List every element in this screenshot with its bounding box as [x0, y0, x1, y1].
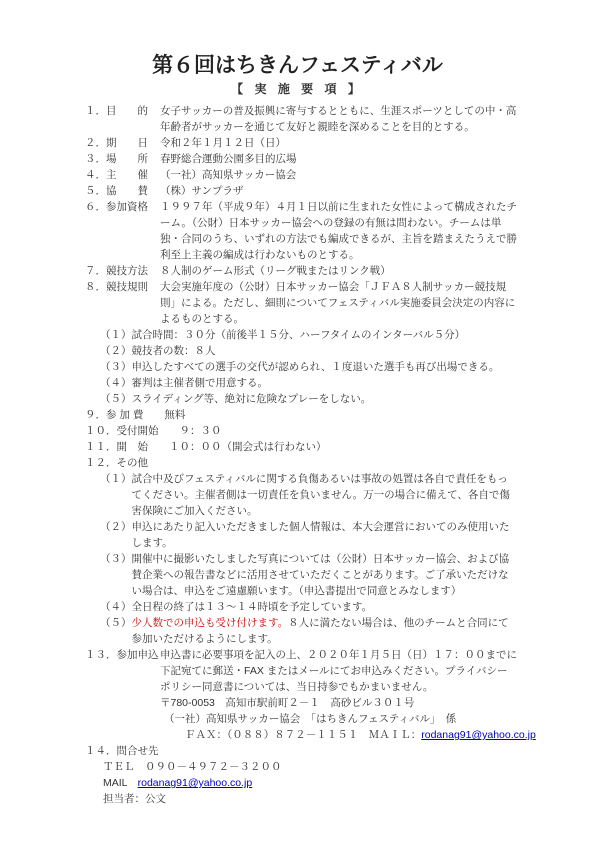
- item-purpose-label: １．目 的: [85, 103, 160, 135]
- item-sponsor-label: ５．協 賛: [85, 183, 160, 199]
- rule-item-5-num: （５）: [100, 391, 132, 407]
- item-place: ３．場 所 春野総合運動公園多目的広場: [85, 151, 517, 167]
- others-point-5-text: 少人数での申込も受け付けます。８人に満たない場合は、他のチームと合同にて参加いた…: [132, 615, 516, 647]
- rule-item-4-num: （４）: [100, 375, 132, 391]
- apply-org-line: （一社）高知県サッカー協会 「はちきんフェスティバル」 係: [164, 711, 595, 727]
- item-organizer: ４．主 催 （一社）高知県サッカー協会: [85, 167, 517, 183]
- item-eligibility-text: １９９７年（平成９年）４月１日以前に生まれた女性によって構成されたチーム。（公財…: [160, 199, 517, 263]
- item-eligibility: ６．参加資格 １９９７年（平成９年）４月１日以前に生まれた女性によって構成された…: [85, 199, 517, 263]
- contact-email-link[interactable]: rodanag91@yahoo.co.jp: [138, 777, 253, 789]
- item-purpose: １．目 的 女子サッカーの普及振興に寄与するとともに、生涯スポーツとしての中・高…: [85, 103, 517, 135]
- rule-item-5-text: スライディング等、絶対に危険なプレーをしない。: [132, 391, 516, 407]
- item-rules-text: 大会実施年度の（公財）日本サッカー協会「ＪＦＡ８人制サッカー競技規則」による。た…: [160, 279, 517, 327]
- rule-item-3-text: 申込したすべての選手の交代が認められ、１度退いた選手も再び出場できる。: [132, 359, 516, 375]
- item-apply-label: １３．参加申込: [85, 647, 160, 695]
- item-others-heading: １２．その他: [85, 455, 595, 471]
- others-point-1-text: 試合中及びフェスティバルに関する負傷あるいは事故の処置は各自で責任をもってくださ…: [132, 471, 516, 519]
- others-point-4: （４） 全日程の終了は１３～１４時頃を予定しています。: [100, 599, 515, 615]
- rule-item-5: （５） スライディング等、絶対に危険なプレーをしない。: [100, 391, 515, 407]
- page-title: 第６回はちきんフェスティバル: [0, 52, 595, 78]
- others-point-5-num: （５）: [100, 615, 132, 647]
- rule-item-3-num: （３）: [100, 359, 132, 375]
- others-point-3-text: 開催中に撮影いたしました写真については（公財）日本サッカー協会、および協賛企業へ…: [132, 551, 516, 599]
- apply-email-link[interactable]: rodanag91@yahoo.co.jp: [421, 729, 536, 741]
- item-date-label: ２．期 日: [85, 135, 160, 151]
- rule-item-2: （２） 競技者の数：８人: [100, 343, 515, 359]
- item-fee: ９．参 加 費 無料: [85, 407, 595, 423]
- contact-mail-line: MAIL rodanag91@yahoo.co.jp: [103, 775, 595, 791]
- item-rules: ８．競技規則 大会実施年度の（公財）日本サッカー協会「ＪＦＡ８人制サッカー競技規…: [85, 279, 517, 327]
- item-reception: １０．受付開始 ９：３０: [85, 423, 595, 439]
- item-eligibility-label: ６．参加資格: [85, 199, 160, 263]
- item-method-label: ７．競技方法: [85, 263, 160, 279]
- item-sponsor: ５．協 賛 （株）サンプラザ: [85, 183, 517, 199]
- item-date-text: 令和２年１月１２日（日）: [160, 135, 517, 151]
- others-point-3-num: （３）: [100, 551, 132, 599]
- item-apply: １３．参加申込 申込書に必要事項を記入の上、２０２０年１月５日（日）１７：００ま…: [85, 647, 517, 695]
- others-point-4-text: 全日程の終了は１３～１４時頃を予定しています。: [132, 599, 516, 615]
- others-point-4-num: （４）: [100, 599, 132, 615]
- document-page: 第６回はちきんフェスティバル 【 実 施 要 項 】 １．目 的 女子サッカーの…: [0, 0, 595, 842]
- others-point-5: （５） 少人数での申込も受け付けます。８人に満たない場合は、他のチームと合同にて…: [100, 615, 515, 647]
- others-point-1: （１） 試合中及びフェスティバルに関する負傷あるいは事故の処置は各自で責任をもっ…: [100, 471, 515, 519]
- contact-person-line: 担当者：公文: [103, 791, 595, 807]
- apply-fax-mail-line: ＦＡＸ：（０８８）８７２－１１５１ ＭＡＩＬ：rodanag91@yahoo.c…: [185, 727, 595, 743]
- item-organizer-text: （一社）高知県サッカー協会: [160, 167, 517, 183]
- item-date: ２．期 日 令和２年１月１２日（日）: [85, 135, 517, 151]
- item-start: １１．開 始 １０：００（開会式は行わない）: [85, 439, 595, 455]
- rule-item-4-text: 審判は主催者側で用意する。: [132, 375, 516, 391]
- item-organizer-label: ４．主 催: [85, 167, 160, 183]
- page-subtitle: 【 実 施 要 項 】: [0, 80, 595, 98]
- apply-postal-address: 〒780-0053 高知市駅前町２－１ 高砂ビル３０１号: [160, 695, 595, 711]
- item-method: ７．競技方法 ８人制のゲーム形式（リーグ戦またはリンク戦）: [85, 263, 517, 279]
- rule-item-1-num: （１）: [100, 327, 132, 343]
- item-method-text: ８人制のゲーム形式（リーグ戦またはリンク戦）: [160, 263, 517, 279]
- others-point-3: （３） 開催中に撮影いたしました写真については（公財）日本サッカー協会、および協…: [100, 551, 515, 599]
- item-purpose-text: 女子サッカーの普及振興に寄与するとともに、生涯スポーツとしての中・高年齢者がサッ…: [160, 103, 517, 135]
- contact-mail-label: MAIL: [103, 777, 138, 789]
- rule-item-1: （１） 試合時間：３０分（前後半１５分、ハーフタイムのインターバル５分）: [100, 327, 515, 343]
- others-point-2-num: （２）: [100, 519, 132, 551]
- item-sponsor-text: （株）サンプラザ: [160, 183, 517, 199]
- item-place-label: ３．場 所: [85, 151, 160, 167]
- rule-item-2-text: 競技者の数：８人: [132, 343, 516, 359]
- rule-item-4: （４） 審判は主催者側で用意する。: [100, 375, 515, 391]
- item-contact-heading: １４．問合せ先: [85, 743, 595, 759]
- apply-fax-mail-label: ＦＡＸ：（０８８）８７２－１１５１ ＭＡＩＬ：: [185, 729, 421, 741]
- others-point-2-text: 申込にあたり記入いただきました個人情報は、本大会運営においてのみ使用いたします。: [132, 519, 516, 551]
- rule-item-1-text: 試合時間：３０分（前後半１５分、ハーフタイムのインターバル５分）: [132, 327, 516, 343]
- contact-tel-line: ＴＥＬ ０９０－４９７２－３２００: [103, 759, 595, 775]
- others-point-5-highlight: 少人数での申込も受け付けます。: [132, 617, 289, 629]
- item-rules-label: ８．競技規則: [85, 279, 160, 327]
- others-point-2: （２） 申込にあたり記入いただきました個人情報は、本大会運営においてのみ使用いた…: [100, 519, 515, 551]
- rule-item-2-num: （２）: [100, 343, 132, 359]
- rule-item-3: （３） 申込したすべての選手の交代が認められ、１度退いた選手も再び出場できる。: [100, 359, 515, 375]
- others-point-1-num: （１）: [100, 471, 132, 519]
- item-place-text: 春野総合運動公園多目的広場: [160, 151, 517, 167]
- item-apply-text: 申込書に必要事項を記入の上、２０２０年１月５日（日）１７：００までに下記宛てに郵…: [160, 647, 517, 695]
